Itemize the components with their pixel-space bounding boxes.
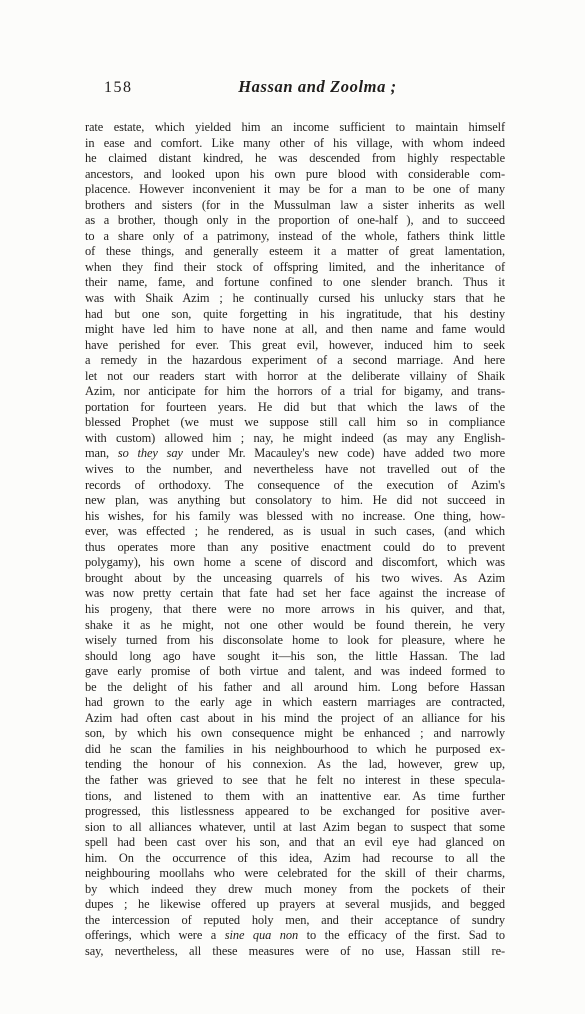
text-line: records of orthodoxy. The consequence of… — [85, 478, 505, 494]
text-line: shake it as he might, not one other woul… — [85, 618, 505, 634]
text-line: when they find their stock of offspring … — [85, 260, 505, 276]
text-line: brought about by the unceasing quarrels … — [85, 571, 505, 587]
text-line: with custom) allowed him ; nay, he might… — [85, 431, 505, 447]
text-line: dupes ; he likewise offered up prayers a… — [85, 897, 505, 913]
text-line: blessed Prophet (we must we suppose stil… — [85, 415, 505, 431]
text-line: progressed, this listlessness appeared t… — [85, 804, 505, 820]
italic-phrase: so they say — [118, 446, 183, 460]
text-line: offerings, which were a sine qua non to … — [85, 928, 505, 944]
text-line: new plan, was anything but consolatory t… — [85, 493, 505, 509]
italic-phrase: sine qua non — [225, 928, 298, 942]
text-line: him. On the occurrence of this idea, Azi… — [85, 851, 505, 867]
text-line: in ease and comfort. Like many other of … — [85, 136, 505, 152]
text-line: by which indeed they drew much money fro… — [85, 882, 505, 898]
text-line: let not our readers start with horror at… — [85, 369, 505, 385]
text-line: son, by which his own consequence might … — [85, 726, 505, 742]
text-line: polygamy), his own home a scene of disco… — [85, 555, 505, 571]
text-line: gave early promise of both virtue and ta… — [85, 664, 505, 680]
text-line: brothers and sisters (for in the Mussulm… — [85, 198, 505, 214]
text-line: might have led him to have none at all, … — [85, 322, 505, 338]
text-line: he claimed distant kindred, he was desce… — [85, 151, 505, 167]
text-line: the intercession of reputed holy men, an… — [85, 913, 505, 929]
text-line: had grown to the early age in which east… — [85, 695, 505, 711]
text-line: tending the honour of his connexion. As … — [85, 757, 505, 773]
text-line: placence. However inconvenient it may be… — [85, 182, 505, 198]
text-line: should long ago have sought it—his son, … — [85, 649, 505, 665]
text-line: rate estate, which yielded him an income… — [85, 120, 505, 136]
text-line: his progeny, that there were no more arr… — [85, 602, 505, 618]
text-line: the father was grieved to see that he fe… — [85, 773, 505, 789]
text-line: had but one son, quite forgetting in his… — [85, 307, 505, 323]
text-line: did he scan the families in his neighbou… — [85, 742, 505, 758]
text-line: sion to all alliances whatever, until at… — [85, 820, 505, 836]
text-line: spell had been cast over his son, and th… — [85, 835, 505, 851]
text-line: a remedy in the hazardous experiment of … — [85, 353, 505, 369]
text-line: neighbouring moollahs who were celebrate… — [85, 866, 505, 882]
text-line: Azim, nor anticipate for him the horrors… — [85, 384, 505, 400]
text-line: as a brother, though only in the proport… — [85, 213, 505, 229]
text-line: have perished for ever. This great evil,… — [85, 338, 505, 354]
book-page: 158 Hassan and Zoolma ; rate estate, whi… — [0, 0, 585, 1014]
text-line: tions, and listened to them with an inat… — [85, 789, 505, 805]
page-body-text: rate estate, which yielded him an income… — [85, 120, 505, 960]
text-line: be the delight of his father and all aro… — [85, 680, 505, 696]
running-title: Hassan and Zoolma ; — [50, 77, 585, 97]
text-line: their name, fame, and fortune confined t… — [85, 275, 505, 291]
text-line: say, nevertheless, all these measures we… — [85, 944, 505, 960]
text-line: wives to the number, and nevertheless ha… — [85, 462, 505, 478]
text-line: ancestors, and looked upon his own pure … — [85, 167, 505, 183]
text-line: was now pretty certain that fate had set… — [85, 586, 505, 602]
text-line: wisely turned from his disconsolate home… — [85, 633, 505, 649]
text-line: his wishes, for his family was blessed w… — [85, 509, 505, 525]
text-line: ever, was effected ; he rendered, as is … — [85, 524, 505, 540]
text-line: man, so they say under Mr. Macauley's ne… — [85, 446, 505, 462]
text-line: was with Shaik Azim ; he continually cur… — [85, 291, 505, 307]
text-line: thus operates more than any positive ena… — [85, 540, 505, 556]
text-line: of these things, and generally esteem it… — [85, 244, 505, 260]
text-line: portation for fourteen years. He did but… — [85, 400, 505, 416]
text-line: to a share only of a patrimony, instead … — [85, 229, 505, 245]
text-line: Azim had often cast about in his mind th… — [85, 711, 505, 727]
